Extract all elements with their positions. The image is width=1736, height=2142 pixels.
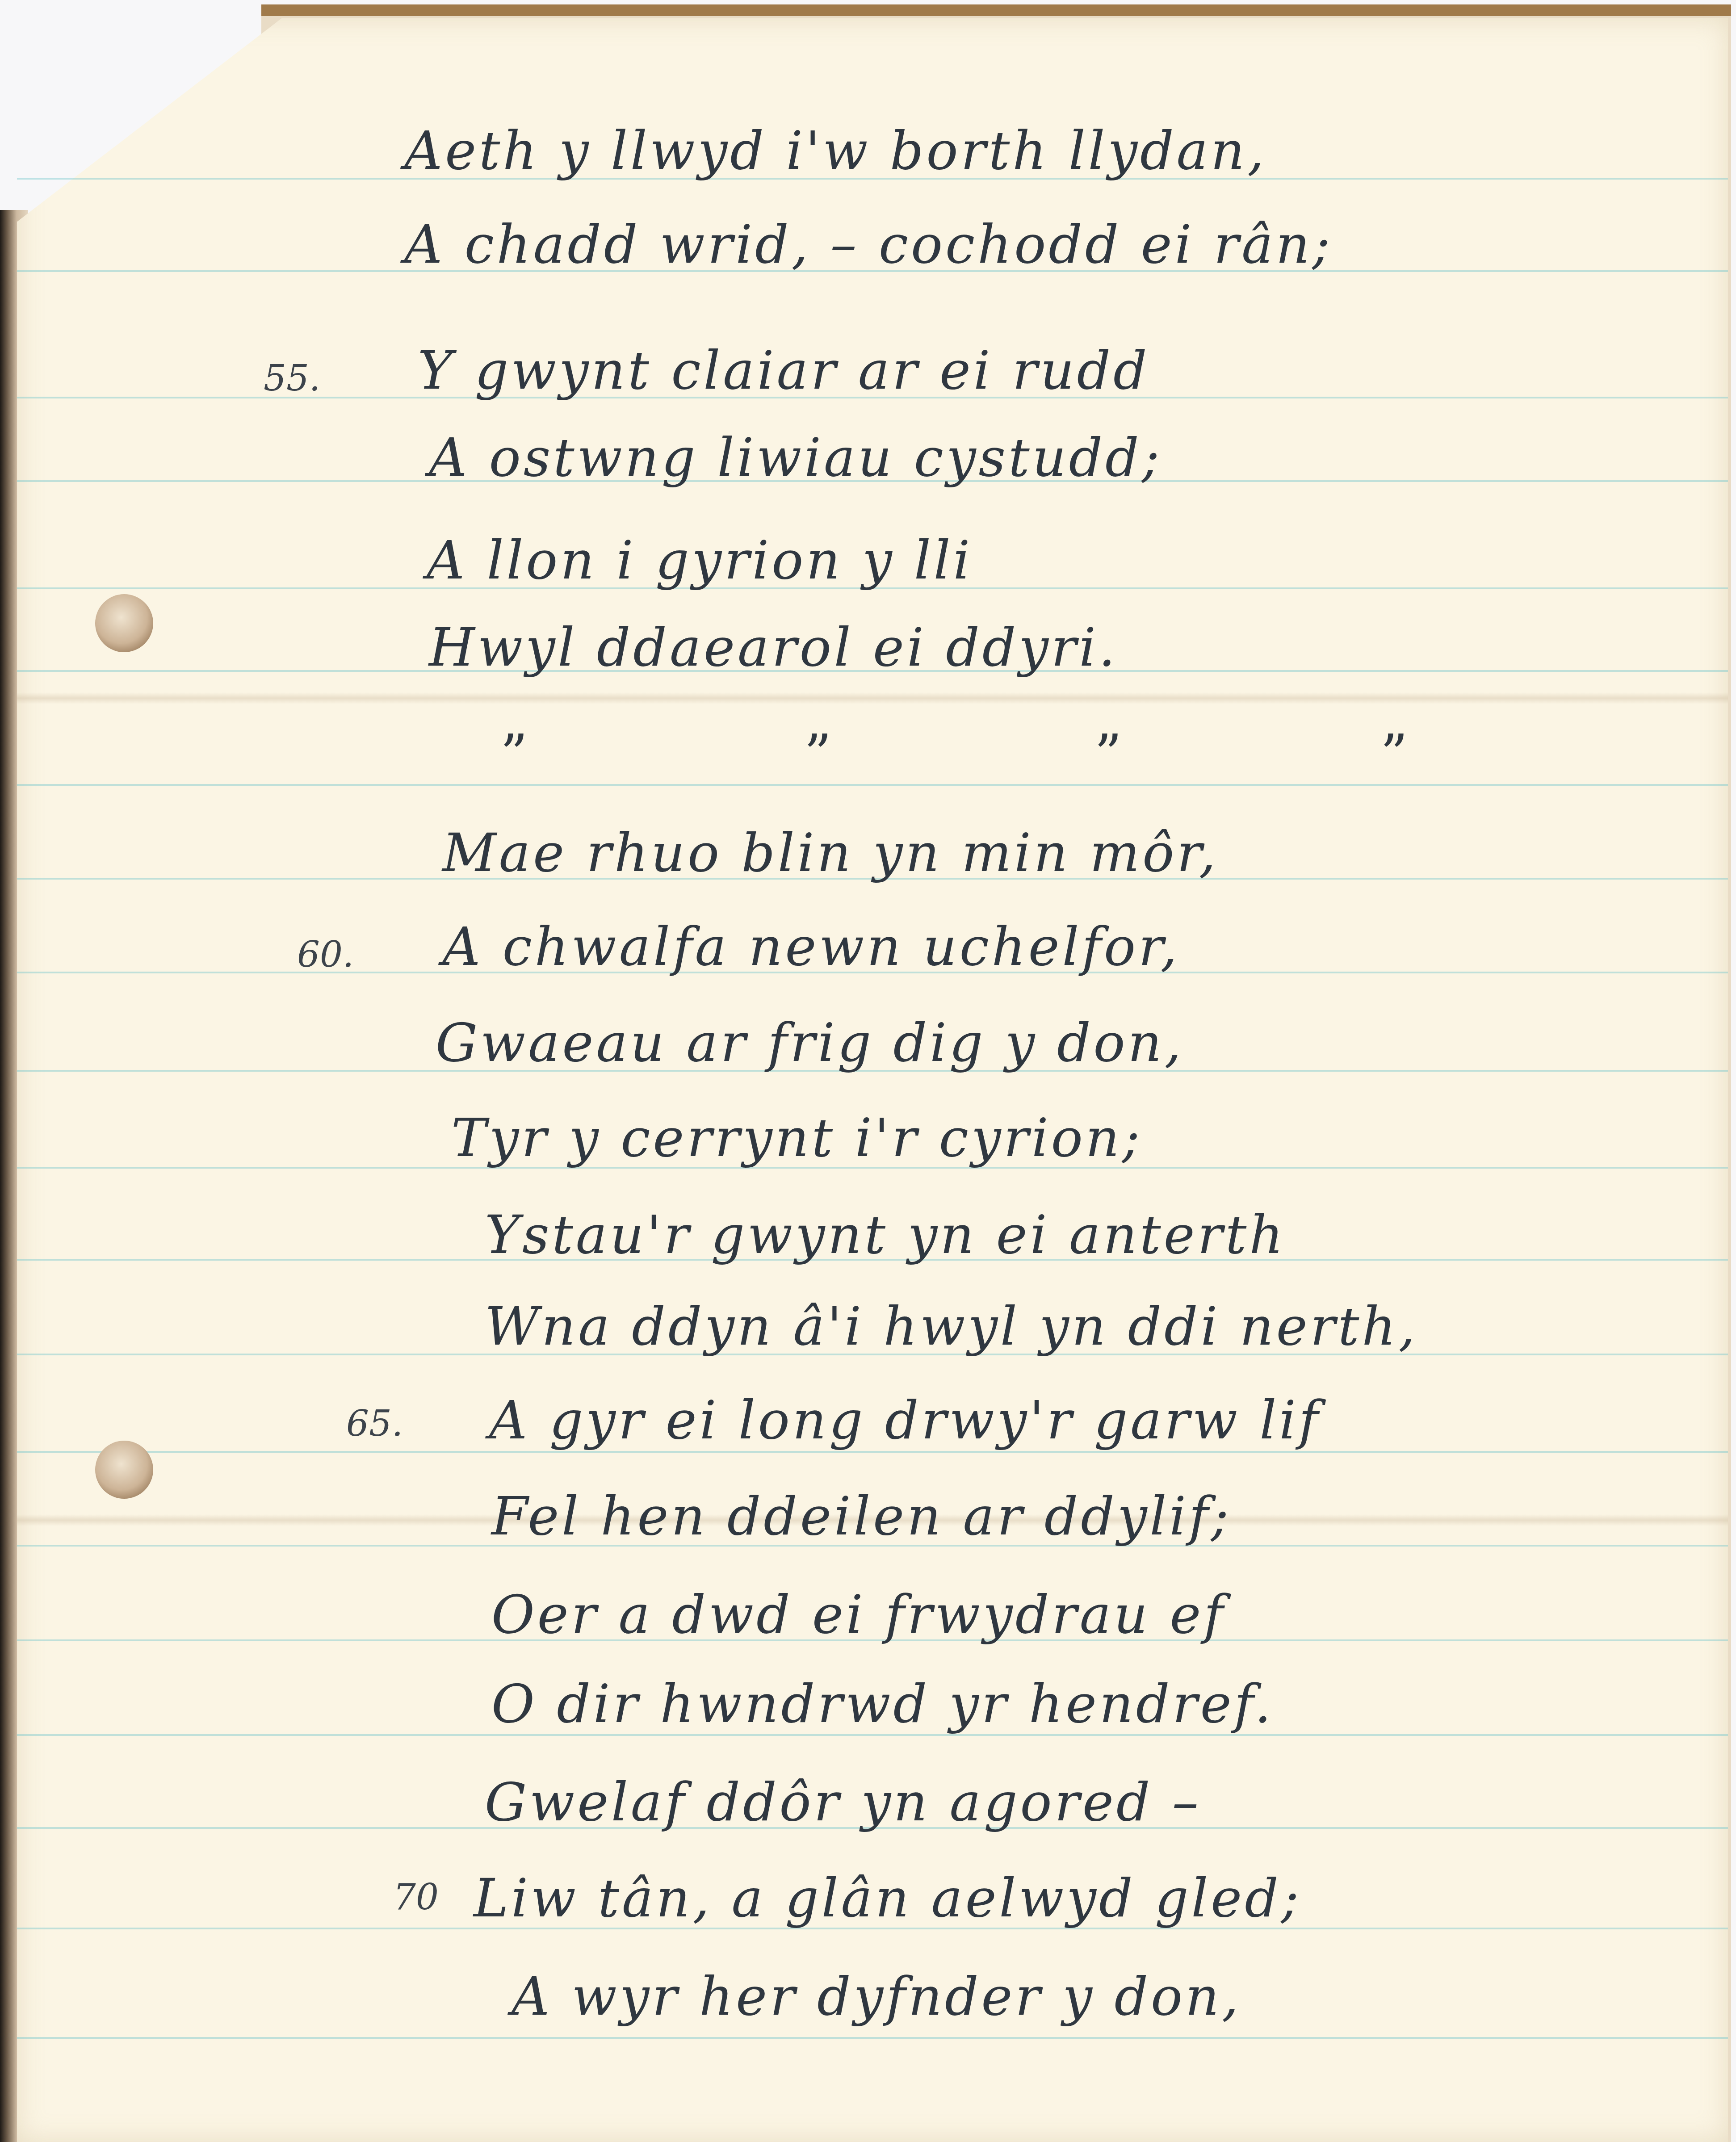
poem-line: Gwaeau ar frig dig y don, xyxy=(436,1012,1184,1073)
line-number: 65. xyxy=(346,1403,403,1444)
ruled-line xyxy=(17,1451,1728,1453)
poem-line: O dir hwndrwd yr hendref. xyxy=(491,1673,1274,1735)
poem-line: Mae rhuo blin yn min môr, xyxy=(442,822,1218,884)
poem-line: A gyr ei long drwy'r garw lif xyxy=(489,1389,1321,1451)
poem-line: A llon i gyrion y lli xyxy=(427,529,973,591)
poem-line: Aeth y llwyd i'w borth llydan, xyxy=(404,120,1266,181)
poem-line: A chwalfa newn uchelfor, xyxy=(442,916,1180,977)
ditto-mark: ” xyxy=(804,724,831,786)
poem-line: A wyr her dyfnder y don, xyxy=(512,1966,1241,2027)
ruled-line xyxy=(17,2037,1728,2039)
ditto-mark: ” xyxy=(1094,724,1122,786)
poem-line: Liw tân, a glân aelwyd gled; xyxy=(474,1867,1301,1929)
poem-line: Y gwynt claiar ar ei rudd xyxy=(418,340,1150,401)
poem-line: Tyr y cerrynt i'r cyrion; xyxy=(451,1107,1143,1169)
poem-line: Oer a dwd ei frwydrau ef xyxy=(491,1584,1226,1645)
ditto-mark: ” xyxy=(1380,724,1408,786)
line-number: 60. xyxy=(297,934,354,975)
poem-line: Wna ddyn â'i hwyl yn ddi nerth, xyxy=(485,1295,1418,1357)
punched-hole xyxy=(95,1441,153,1499)
line-number: 55. xyxy=(264,357,320,399)
poem-line: Gwelaf ddôr yn agored – xyxy=(485,1771,1201,1833)
line-number: 70 xyxy=(393,1876,439,1918)
poem-line: Ystau'r gwynt yn ei anterth xyxy=(485,1204,1286,1266)
punched-hole xyxy=(95,594,153,652)
ruled-line xyxy=(17,784,1728,786)
ditto-mark: ” xyxy=(500,724,528,786)
poem-line: Hwyl ddaearol ei ddyri. xyxy=(429,616,1118,678)
poem-line: Fel hen ddeilen ar ddylif; xyxy=(491,1485,1231,1547)
poem-line: A ostwng liwiau cystudd; xyxy=(429,427,1162,488)
poem-line: A chadd wrid, – cochodd ei rân; xyxy=(404,214,1333,275)
paper-fold xyxy=(17,692,1728,704)
